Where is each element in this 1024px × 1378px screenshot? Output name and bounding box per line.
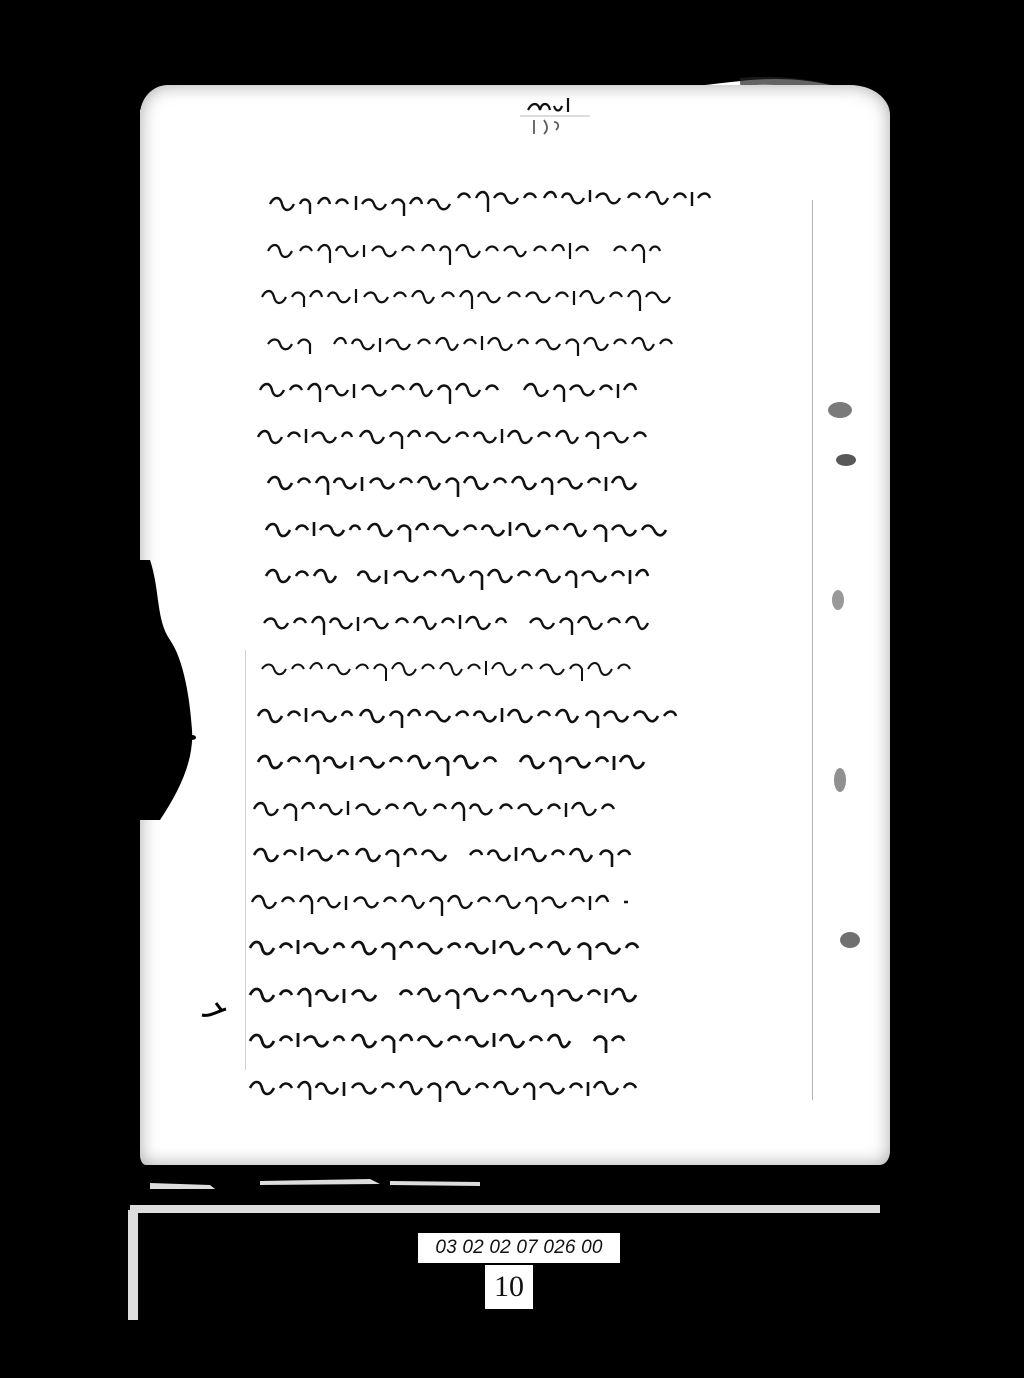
left-edge-tear [120, 560, 210, 820]
script-line: [Javanese script line 18] [240, 971, 840, 1018]
ink-spot [188, 735, 196, 740]
script-line: [Javanese script line 19] [240, 1017, 840, 1064]
script-line: [Javanese script line 12] [240, 692, 840, 739]
script-line: [Javanese script line 6] [240, 413, 840, 460]
script-line: [Javanese script line 3] [240, 273, 840, 320]
script-line: [Javanese script line 16] [240, 878, 840, 925]
script-line: [Javanese script line 1] [240, 180, 840, 227]
under-page-strip [130, 1205, 880, 1213]
margin-annotation-mark [200, 995, 240, 1025]
bottom-torn-fragments [150, 1175, 750, 1193]
script-line: [Javanese script line 10] [240, 599, 840, 646]
catalog-code-label: 03 02 02 07 026 00 [418, 1233, 620, 1263]
script-line: [Javanese script line 9] [240, 552, 840, 599]
script-line: [Javanese script line 13] [240, 738, 840, 785]
script-line: [Javanese script line 20] [240, 1064, 840, 1111]
script-line: [Javanese script line 2] [240, 227, 840, 274]
left-page-strip [128, 1210, 138, 1320]
script-line: [Javanese script line 14] [240, 785, 840, 832]
script-line: [Javanese script line 17] [240, 924, 840, 971]
script-line: [Javanese script line 15] [240, 831, 840, 878]
script-line: [Javanese script line 8] [240, 506, 840, 553]
page-number-label: 10 [485, 1265, 533, 1309]
script-line: [Javanese script line 5] [240, 366, 840, 413]
script-line: [Javanese script line 7] [240, 459, 840, 506]
script-line: [Javanese script line 11] [240, 645, 840, 692]
manuscript-text-block: [Javanese script line 1] [Javanese scrip… [240, 180, 840, 1110]
script-line: [Javanese script line 4] [240, 320, 840, 367]
page-header-mark [520, 92, 590, 142]
